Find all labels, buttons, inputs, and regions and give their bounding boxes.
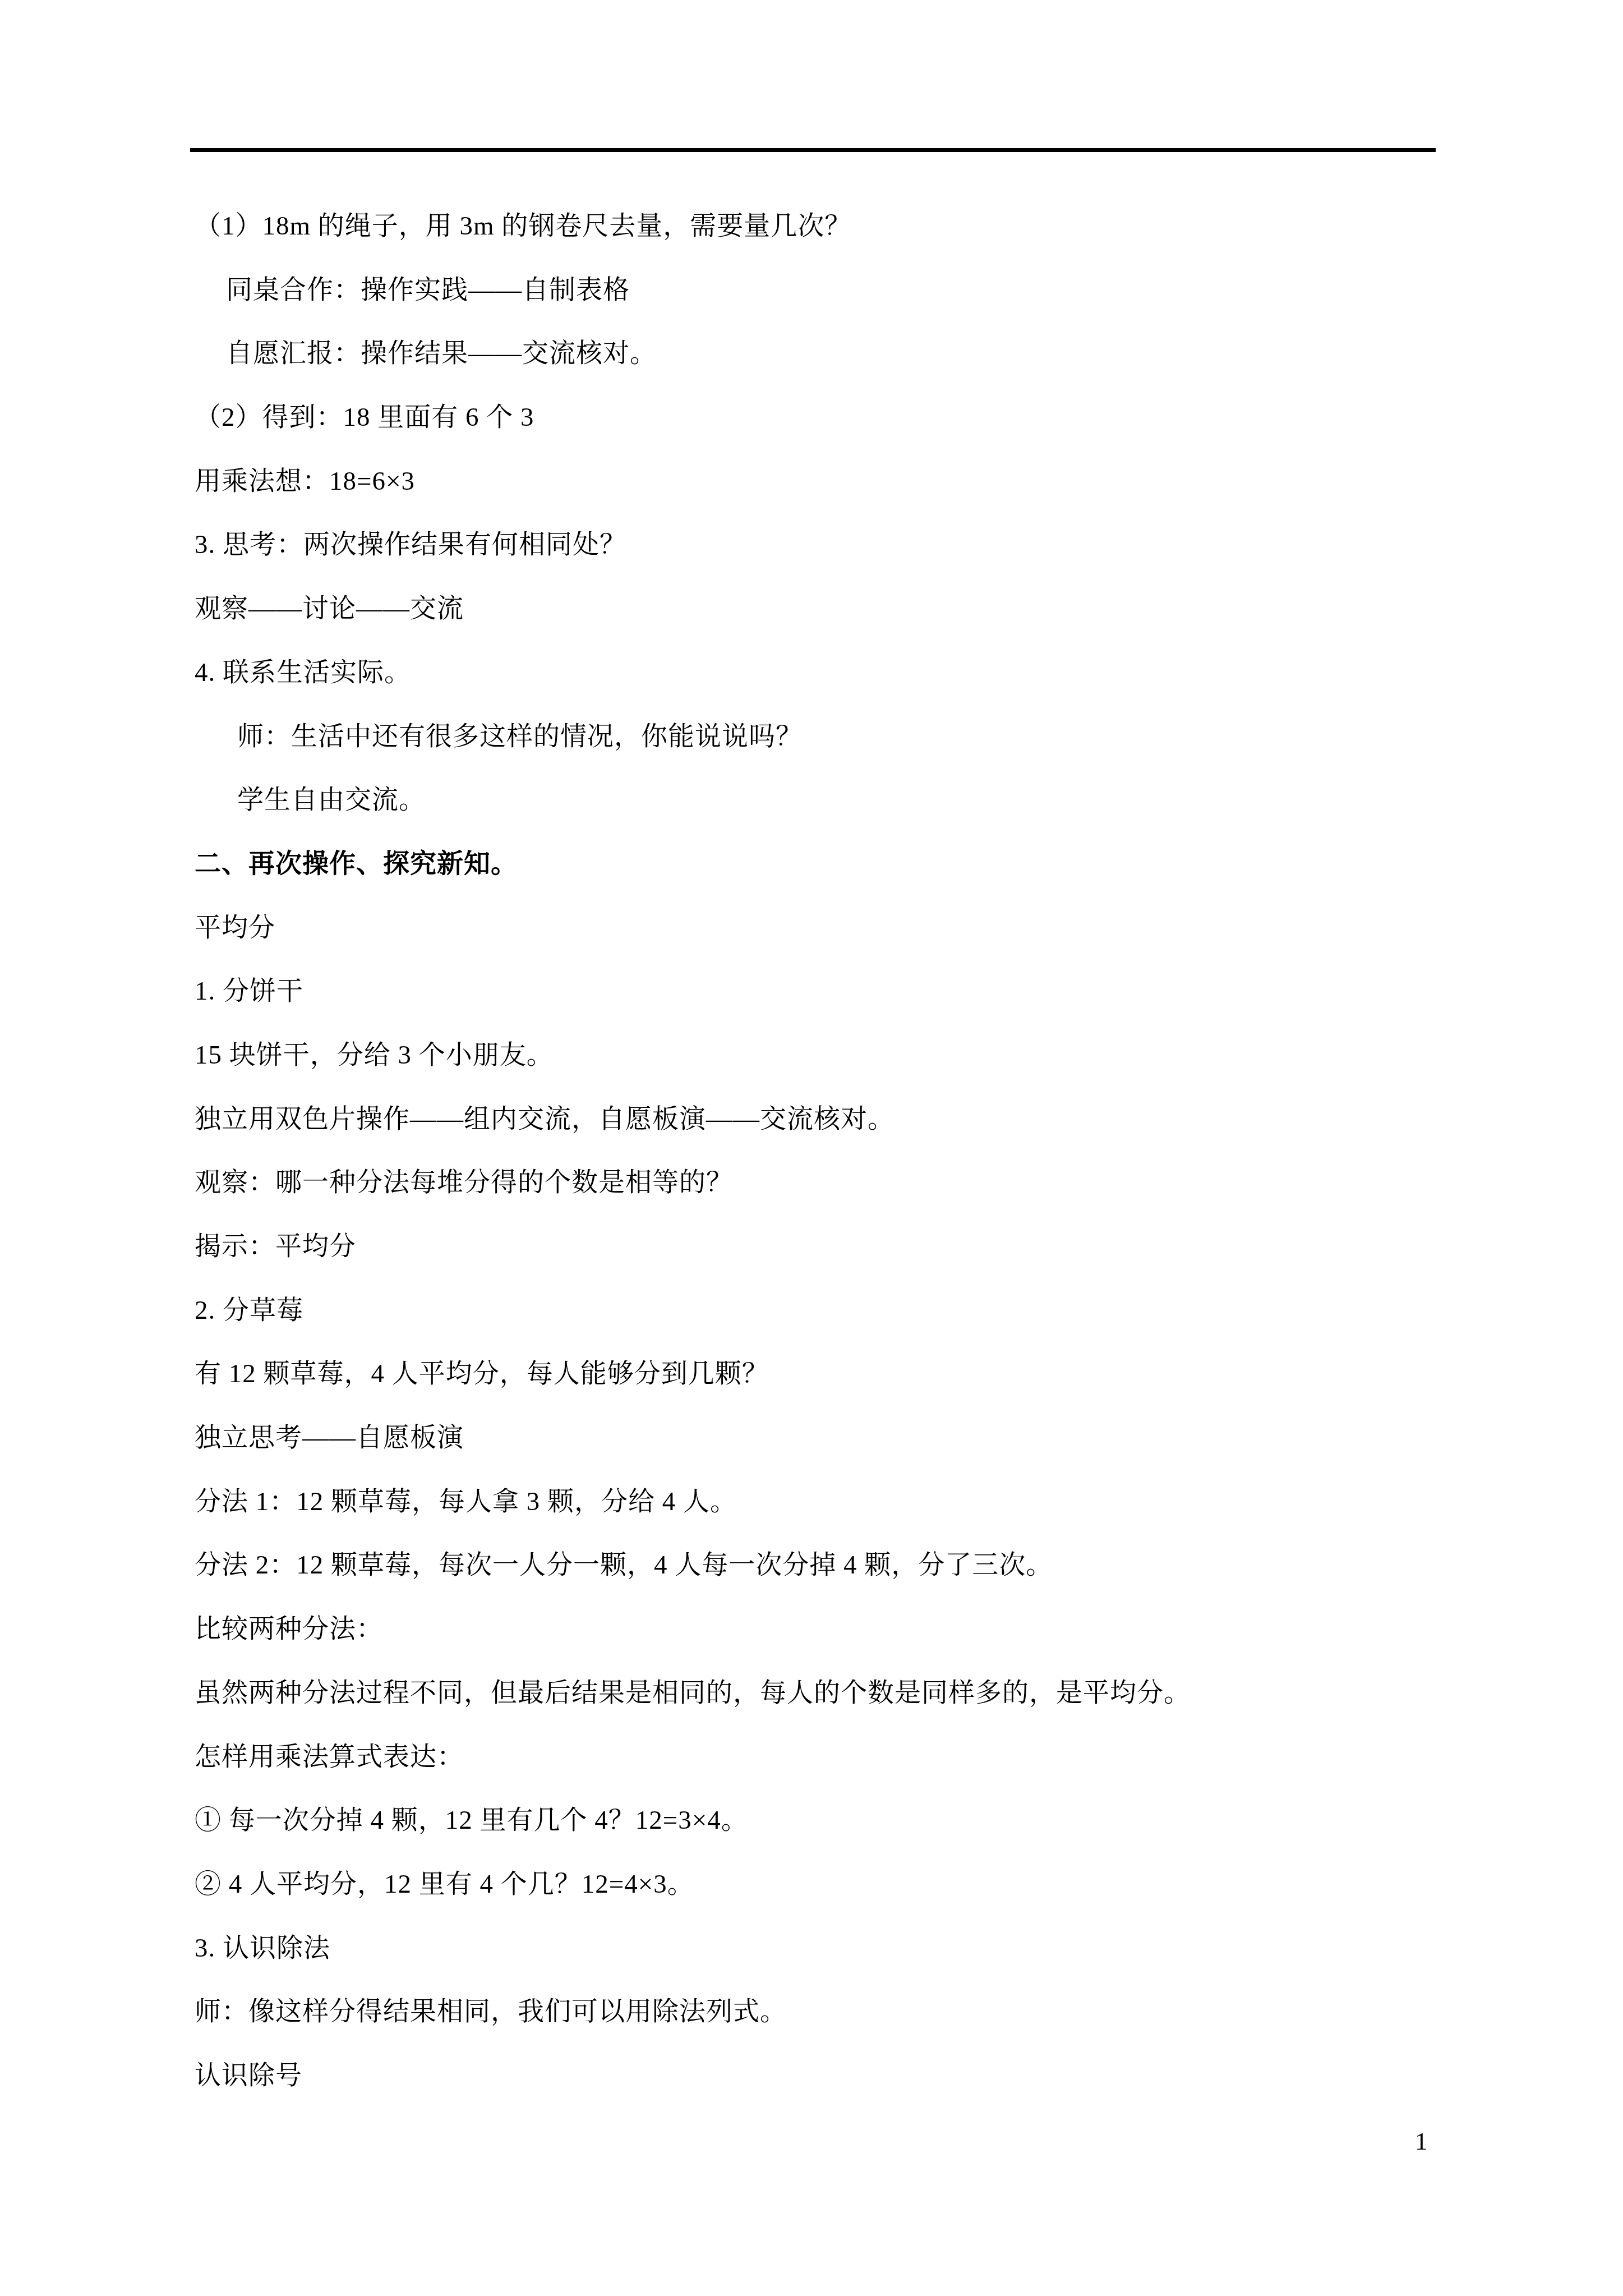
document-page: （1）18m 的绳子，用 3m 的钢卷尺去量，需要量几次？同桌合作：操作实践——… — [0, 0, 1623, 2296]
text-line: 观察——讨论——交流 — [195, 577, 1484, 641]
page-number: 1 — [1415, 2129, 1428, 2154]
text-line: 2. 分草莓 — [195, 1279, 1484, 1343]
text-line: 1. 分饼干 — [195, 960, 1484, 1024]
text-line: 同桌合作：操作实践——自制表格 — [195, 259, 1484, 323]
text-line: 用乘法想：18=6×3 — [195, 450, 1484, 514]
text-line: 师：生活中还有很多这样的情况，你能说说吗？ — [195, 705, 1484, 769]
text-line: 3. 思考：两次操作结果有何相同处？ — [195, 513, 1484, 577]
text-line: 有 12 颗草莓，4 人平均分，每人能够分到几颗？ — [195, 1342, 1484, 1406]
text-line: 二、再次操作、探究新知。 — [195, 832, 1484, 896]
text-line: 师：像这样分得结果相同，我们可以用除法列式。 — [195, 1980, 1484, 2044]
text-line: 怎样用乘法算式表达： — [195, 1726, 1484, 1789]
text-line: ② 4 人平均分，12 里有 4 个几？12=4×3。 — [195, 1853, 1484, 1917]
text-line: 观察：哪一种分法每堆分得的个数是相等的？ — [195, 1151, 1484, 1215]
text-line: 独立思考——自愿板演 — [195, 1406, 1484, 1470]
text-line: 3. 认识除法 — [195, 1917, 1484, 1981]
text-line: （1）18m 的绳子，用 3m 的钢卷尺去量，需要量几次？ — [195, 195, 1484, 259]
text-line: 15 块饼干，分给 3 个小朋友。 — [195, 1024, 1484, 1088]
text-line: 虽然两种分法过程不同，但最后结果是相同的，每人的个数是同样多的，是平均分。 — [195, 1662, 1484, 1726]
header-rule — [190, 148, 1436, 152]
text-line: 揭示：平均分 — [195, 1215, 1484, 1279]
text-line: 平均分 — [195, 896, 1484, 960]
text-line: 认识除号 — [195, 2044, 1484, 2108]
text-line: 比较两种分法： — [195, 1598, 1484, 1662]
document-body: （1）18m 的绳子，用 3m 的钢卷尺去量，需要量几次？同桌合作：操作实践——… — [195, 195, 1484, 2108]
text-line: 4. 联系生活实际。 — [195, 641, 1484, 705]
text-line: 独立用双色片操作——组内交流，自愿板演——交流核对。 — [195, 1088, 1484, 1152]
text-line: 分法 1：12 颗草莓，每人拿 3 颗，分给 4 人。 — [195, 1470, 1484, 1534]
text-line: （2）得到：18 里面有 6 个 3 — [195, 386, 1484, 450]
text-line: 学生自由交流。 — [195, 769, 1484, 832]
text-line: 自愿汇报：操作结果——交流核对。 — [195, 322, 1484, 386]
text-line: 分法 2：12 颗草莓，每次一人分一颗，4 人每一次分掉 4 颗，分了三次。 — [195, 1534, 1484, 1598]
text-line: ① 每一次分掉 4 颗，12 里有几个 4？12=3×4。 — [195, 1789, 1484, 1853]
